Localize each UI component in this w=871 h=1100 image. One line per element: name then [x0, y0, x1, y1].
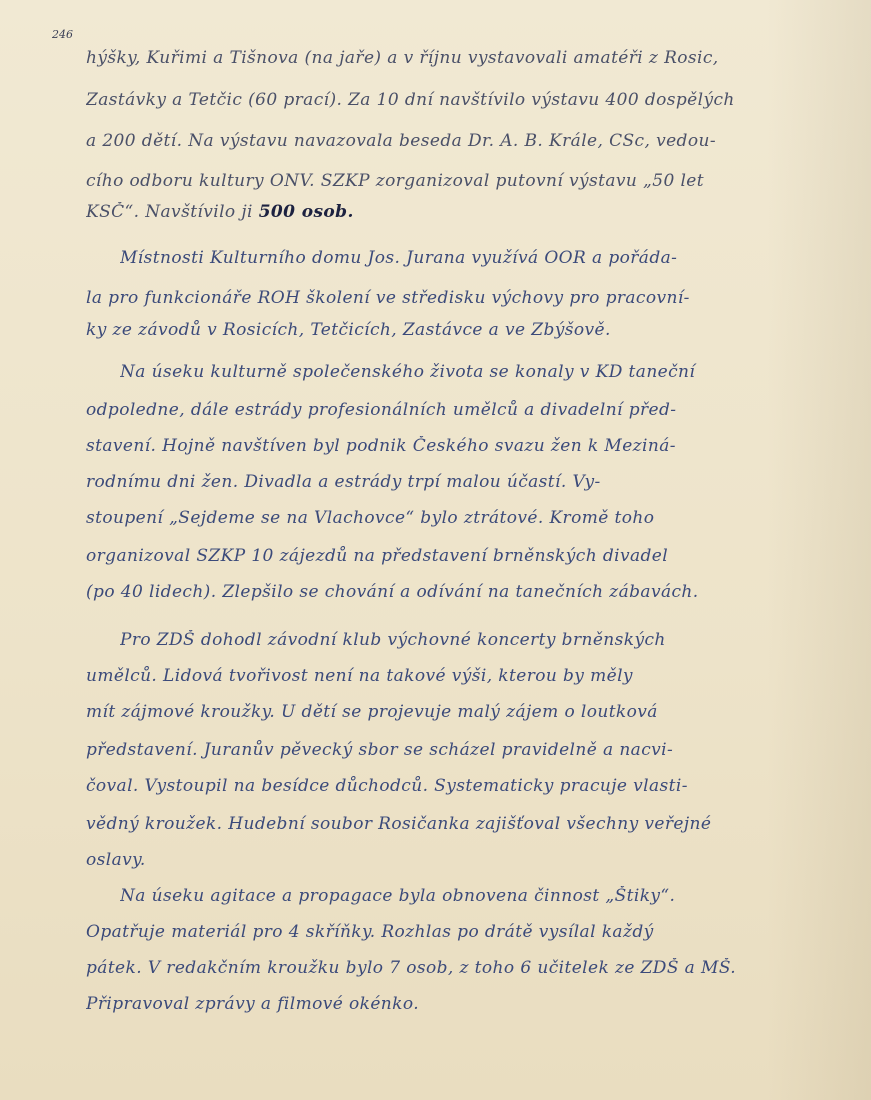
paragraph-3-line-3: stavení. Hojně navštíven byl podnik Česk… [86, 436, 806, 456]
text-line-5: KSČ“. Navštívilo ji 500 osob. [86, 202, 806, 222]
paragraph-3-line-1: Na úseku kulturně společenského života s… [120, 362, 810, 382]
paragraph-4-line-7: oslavy. [86, 850, 806, 870]
visitor-count: 500 osob. [259, 202, 354, 222]
paragraph-4-line-5: čoval. Vystoupil na besídce důchodců. Sy… [86, 776, 806, 796]
paragraph-3-line-4: rodnímu dni žen. Divadla a estrády trpí … [86, 472, 806, 492]
paragraph-5-line-2: Opatřuje materiál pro 4 skříňky. Rozhlas… [86, 922, 806, 942]
text-line-3: a 200 dětí. Na výstavu navazovala beseda… [86, 131, 806, 151]
text-line-1: hýšky, Kuřimi a Tišnova (na jaře) a v ří… [86, 48, 806, 68]
text-line-4: cího odboru kultury ONV. SZKP zorganizov… [86, 171, 806, 191]
paragraph-5-line-1: Na úseku agitace a propagace byla obnove… [120, 886, 810, 906]
paragraph-4-line-6: vědný kroužek. Hudební soubor Rosičanka … [86, 814, 806, 834]
paragraph-2-line-3: ky ze závodů v Rosicích, Tetčicích, Zast… [86, 320, 806, 340]
paragraph-4-line-4: představení. Juranův pěvecký sbor se sch… [86, 740, 806, 760]
page-number: 246 [52, 28, 73, 41]
paragraph-2-line-2: la pro funkcionáře ROH školení ve středi… [86, 288, 806, 308]
paragraph-4-line-1: Pro ZDŠ dohodl závodní klub výchovné kon… [120, 630, 810, 650]
text-line-2: Zastávky a Tetčic (60 prací). Za 10 dní … [86, 90, 806, 110]
paragraph-3-line-2: odpoledne, dále estrády profesionálních … [86, 400, 806, 420]
paragraph-2-line-1: Místnosti Kulturního domu Jos. Jurana vy… [120, 248, 810, 268]
paragraph-3-line-5: stoupení „Sejdeme se na Vlachovce“ bylo … [86, 508, 806, 528]
paragraph-3-line-6: organizoval SZKP 10 zájezdů na představe… [86, 546, 806, 566]
paragraph-5-line-4: Připravoval zprávy a filmové okénko. [86, 994, 806, 1014]
paragraph-4-line-3: mít zájmové kroužky. U dětí se projevuje… [86, 702, 806, 722]
paragraph-5-line-3: pátek. V redakčním kroužku bylo 7 osob, … [86, 958, 806, 978]
handwritten-page: 246 hýšky, Kuřimi a Tišnova (na jaře) a … [0, 0, 871, 1100]
paragraph-3-line-7: (po 40 lidech). Zlepšilo se chování a od… [86, 582, 806, 602]
text-line-5-main: KSČ“. Navštívilo ji [86, 202, 253, 222]
paragraph-4-line-2: umělců. Lidová tvořivost není na takové … [86, 666, 806, 686]
